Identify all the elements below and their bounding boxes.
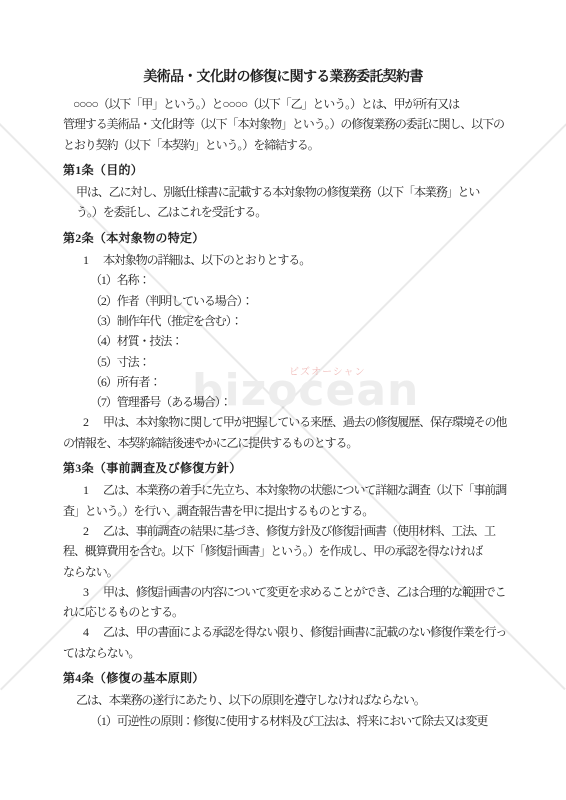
article-3-item-4-line: てはならない。 (63, 643, 503, 663)
preamble-line: とおり契約（以下「本契約」という。）を締結する。 (63, 135, 503, 155)
object-detail-item: （1）名称： (63, 270, 503, 290)
item-text: 乙は、甲の書面による承認を得ない限り、修復計画書に記載のない修復作業を行っ (103, 625, 506, 639)
preamble-line: 管理する美術品・文化財等（以下「本対象物」という。）の修復業務の委託に関し、以下… (63, 114, 503, 134)
article-4-heading: 第4条（修復の基本原則） (63, 668, 503, 688)
preamble-line: ○○○○（以下「甲」という。）と○○○○（以下「乙」という。）とは、甲が所有又は (63, 94, 503, 114)
article-3-item-2-line: ならない。 (63, 562, 503, 582)
item-number: 4 (83, 622, 103, 642)
object-detail-item: （2）作者（判明している場合）： (63, 291, 503, 311)
article-2-item-1-line: 1本対象物の詳細は、以下のとおりとする。 (63, 250, 503, 270)
article-3-item-1-line: 査」という。）を行い、調査報告書を甲に提出するものとする。 (63, 501, 503, 521)
article-2-item-2-line: 2甲は、本対象物に関して甲が把握している来歴、過去の修復履歴、保存環境その他 (63, 412, 503, 432)
article-1-paragraph-line: う。）を委託し、乙はこれを受託する。 (63, 202, 503, 222)
item-text: 乙は、事前調査の結果に基づき、修復方針及び修復計画書（使用材料、工法、工 (103, 524, 495, 538)
item-text: 本対象物の詳細は、以下のとおりとする。 (103, 253, 310, 267)
article-2-heading: 第2条（本対象物の特定） (63, 228, 503, 248)
document-page: ビズオーシャン bizocean 美術品・文化財の修復に関する業務委託契約書 ○… (0, 0, 566, 800)
item-text: 甲は、修復計画書の内容について変更を求めることができ、乙は合理的な範囲でこ (103, 585, 506, 599)
item-number: 2 (83, 521, 103, 541)
article-3-item-2-line: 2乙は、事前調査の結果に基づき、修復方針及び修復計画書（使用材料、工法、工 (63, 521, 503, 541)
object-detail-item: （5）寸法： (63, 352, 503, 372)
item-text: 乙は、本業務の着手に先立ち、本対象物の状態について詳細な調査（以下「事前調 (103, 483, 506, 497)
item-number: 3 (83, 582, 103, 602)
item-text: 甲は、本対象物に関して甲が把握している来歴、過去の修復履歴、保存環境その他 (103, 415, 506, 429)
object-detail-item: （6）所有者： (63, 372, 503, 392)
article-1-heading: 第1条（目的） (63, 160, 503, 180)
object-detail-item: （7）管理番号（ある場合）： (63, 392, 503, 412)
item-number: 1 (83, 480, 103, 500)
object-detail-item: （4）材質・技法： (63, 331, 503, 351)
item-number: 2 (83, 412, 103, 432)
document-content: 美術品・文化財の修復に関する業務委託契約書 ○○○○（以下「甲」という。）と○○… (0, 0, 566, 731)
article-2-item-2-line: の情報を、本契約締結後速やかに乙に提供するものとする。 (63, 433, 503, 453)
object-detail-item: （3）制作年代（推定を含む）： (63, 311, 503, 331)
article-3-heading: 第3条（事前調査及び修復方針） (63, 458, 503, 478)
article-1-paragraph-line: 甲は、乙に対し、別紙仕様書に記載する本対象物の修復業務（以下「本業務」とい (63, 182, 503, 202)
item-number: 1 (83, 250, 103, 270)
article-3-item-3-line: れに応じるものとする。 (63, 602, 503, 622)
article-3-item-2-line: 程、概算費用を含む。以下「修復計画書」という。）を作成し、甲の承認を得なければ (63, 541, 503, 561)
page-title: 美術品・文化財の修復に関する業務委託契約書 (63, 66, 503, 90)
article-3-item-4-line: 4乙は、甲の書面による承認を得ない限り、修復計画書に記載のない修復作業を行っ (63, 622, 503, 642)
article-4-intro-line: 乙は、本業務の遂行にあたり、以下の原則を遵守しなければならない。 (63, 690, 503, 710)
article-3-item-1-line: 1乙は、本業務の着手に先立ち、本対象物の状態について詳細な調査（以下「事前調 (63, 480, 503, 500)
article-4-principle-item: （1）可逆性の原則：修復に使用する材料及び工法は、将来において除去又は変更 (63, 711, 503, 731)
article-3-item-3-line: 3甲は、修復計画書の内容について変更を求めることができ、乙は合理的な範囲でこ (63, 582, 503, 602)
